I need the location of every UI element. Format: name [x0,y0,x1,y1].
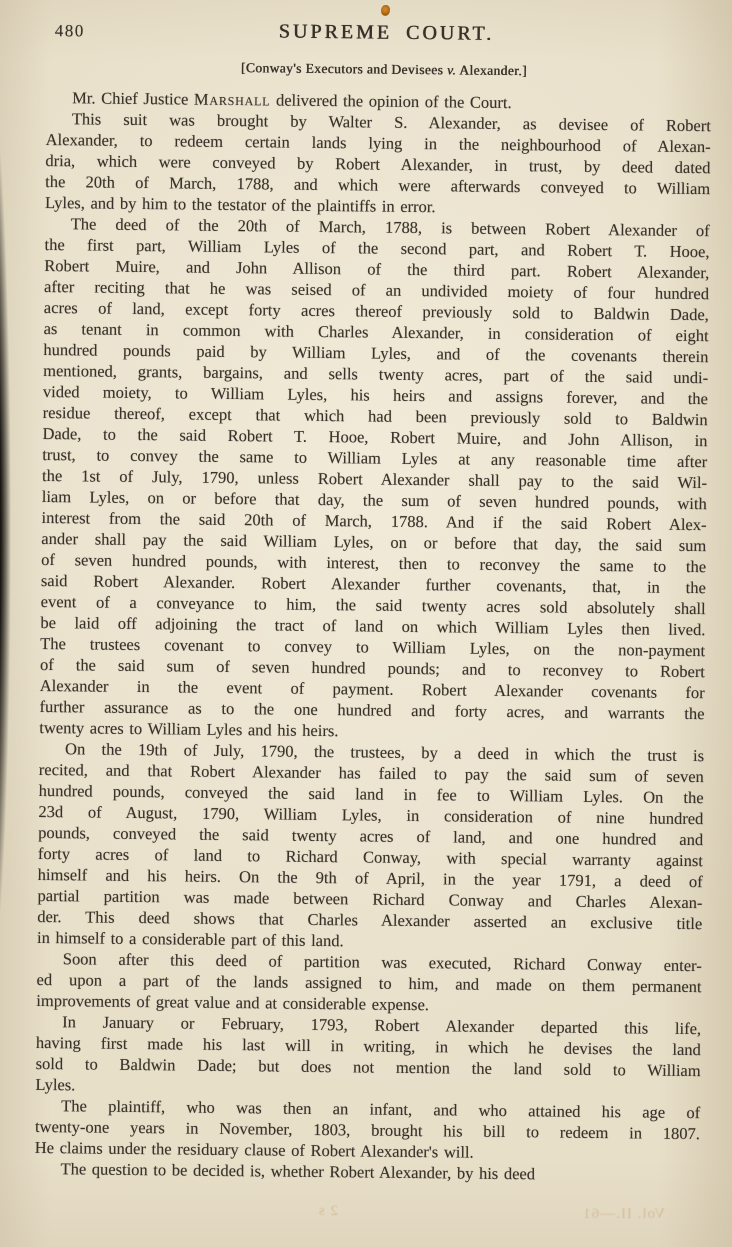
book-gutter-shadow [0,0,26,1130]
scanned-book-page: 480 SUPREME COURT. [Conway's Executors a… [0,0,732,1247]
text-segment: Mr. Chief Justice [72,88,194,108]
text-segment: Marshall [194,90,271,110]
text-segment: Alexander.] [456,62,527,78]
bleedthrough-volume-mark: Vol. II.—61 [570,1206,665,1223]
case-caption: [Conway's Executors and Devisees v. Alex… [46,58,711,81]
running-head: SUPREME COURT. [47,18,712,48]
page-number: 480 [55,21,85,41]
ink-speck [381,5,390,16]
page-content: 480 SUPREME COURT. [Conway's Executors a… [34,18,712,1186]
text-segment: delivered the opinion of the Court. [270,90,512,112]
text-segment: v. [447,62,456,77]
bleedthrough-signature-mark: 2 s [298,1203,338,1220]
body-text: Mr. Chief Justice Marshall delivered the… [34,87,711,1186]
text-segment: [Conway's Executors and Devisees [241,60,447,77]
